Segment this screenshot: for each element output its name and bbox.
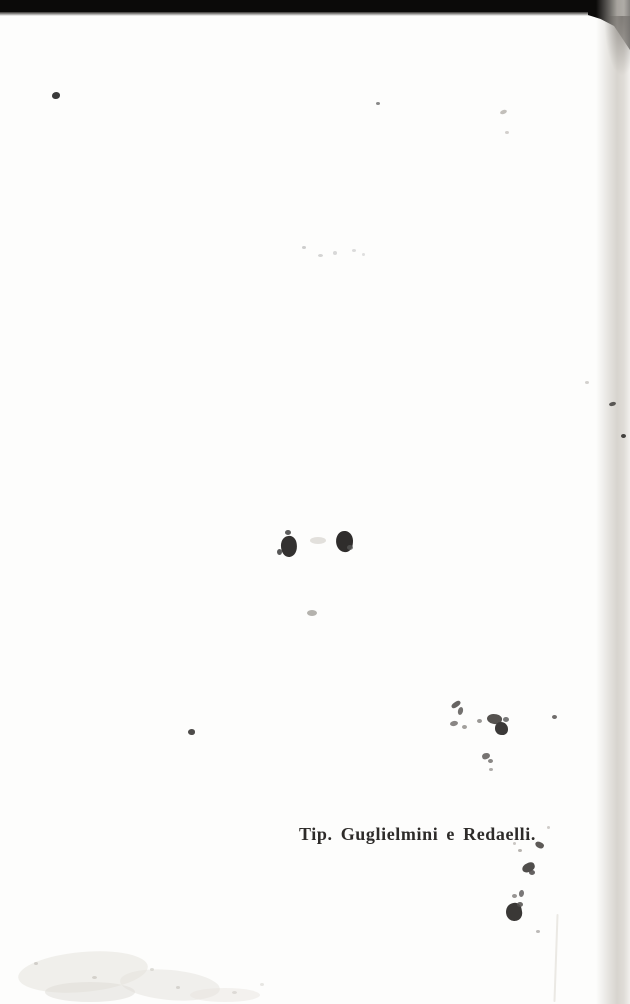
ink-stain — [310, 537, 326, 544]
ink-stain — [462, 725, 467, 729]
ink-stain — [500, 109, 508, 115]
scanned-page: Tip. Guglielmini e Redaelli. — [0, 0, 630, 1004]
ink-stain — [333, 251, 337, 255]
ink-stain — [362, 253, 365, 256]
ink-stain — [302, 246, 306, 249]
ink-stain — [92, 976, 97, 979]
ink-stain — [190, 988, 260, 1002]
ink-stain — [529, 870, 535, 875]
ink-stains — [0, 0, 630, 1004]
ink-stain — [503, 717, 509, 722]
ink-stain — [512, 894, 517, 898]
ink-stain — [188, 729, 195, 735]
ink-stain — [277, 549, 282, 555]
ink-stain — [536, 930, 540, 933]
ink-stain — [609, 401, 617, 407]
ink-stain — [376, 102, 380, 105]
ink-stain — [260, 983, 264, 986]
ink-stain — [552, 715, 557, 719]
ink-stain — [585, 381, 589, 384]
ink-stain — [347, 545, 353, 550]
ink-stain — [34, 962, 38, 965]
ink-stain — [488, 759, 493, 763]
ink-stain — [352, 249, 356, 252]
ink-stain — [280, 535, 299, 558]
ink-stain — [457, 706, 464, 715]
ink-stain — [176, 986, 180, 989]
ink-stain — [285, 530, 291, 535]
ink-stain — [489, 768, 493, 771]
ink-stain — [621, 434, 626, 438]
ink-stain — [518, 849, 522, 852]
printer-imprint: Tip. Guglielmini e Redaelli. — [299, 824, 536, 845]
ink-stain — [450, 720, 459, 726]
ink-stain — [517, 902, 523, 907]
ink-stain — [45, 982, 135, 1002]
ink-stain — [518, 890, 524, 898]
ink-stain — [52, 92, 60, 99]
ink-stain — [495, 722, 508, 735]
ink-stain — [232, 991, 237, 994]
ink-stain — [505, 131, 509, 134]
ink-stain — [307, 610, 317, 616]
ink-stain — [547, 826, 550, 829]
ink-stain — [553, 914, 558, 1002]
ink-stain — [318, 254, 323, 257]
ink-stain — [150, 968, 154, 971]
ink-stain — [477, 719, 482, 723]
